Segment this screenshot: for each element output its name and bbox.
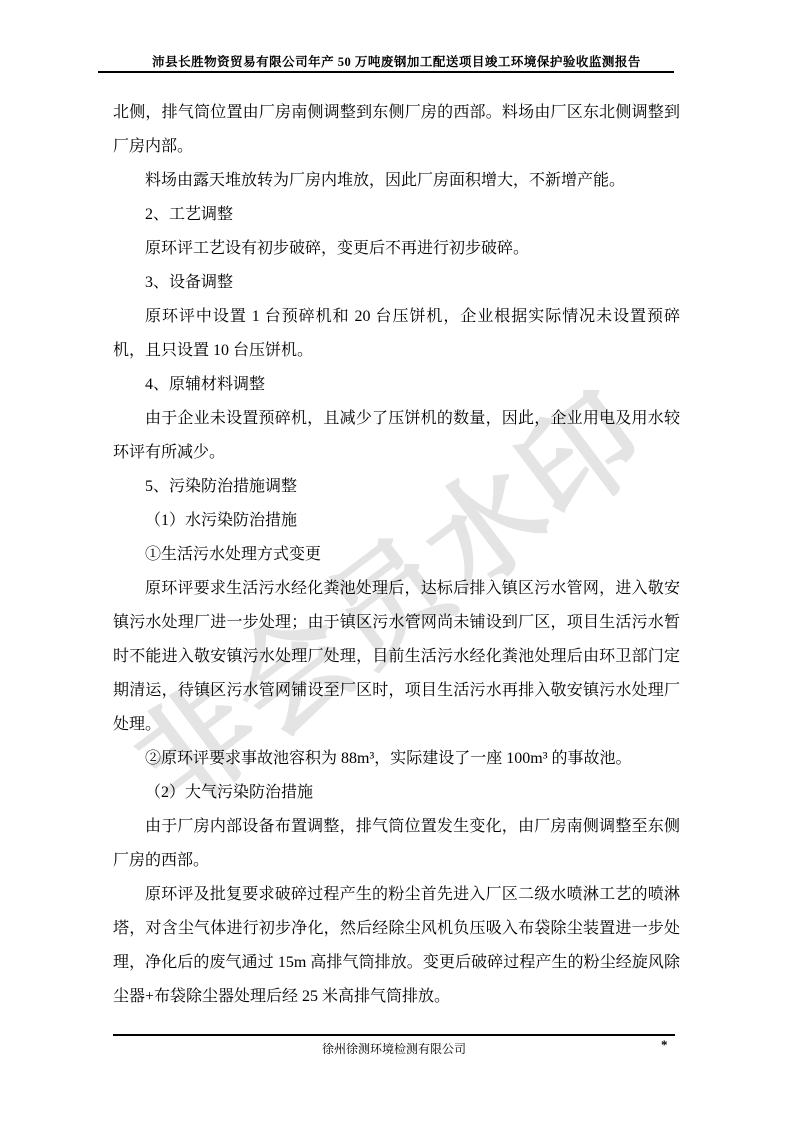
body-paragraph: 原环评中设置 1 台预碎机和 20 台压饼机，企业根据实际情况未设置预碎机，且只… <box>113 300 680 368</box>
body-paragraph: 3、设备调整 <box>113 266 680 300</box>
body-paragraph: 由于厂房内部设备布置调整，排气筒位置发生变化，由厂房南侧调整至东侧厂房的西部。 <box>113 810 680 878</box>
body-paragraph: 原环评及批复要求破碎过程产生的粉尘首先进入厂区二级水喷淋工艺的喷淋塔，对含尘气体… <box>113 878 680 1014</box>
body-paragraph: 北侧，排气筒位置由厂房南侧调整到东侧厂房的西部。料场由厂区东北侧调整到厂房内部。 <box>113 96 680 164</box>
document-page: 非会员水印 沛县长胜物资贸易有限公司年产 50 万吨废钢加工配送项目竣工环境保护… <box>0 0 793 1122</box>
body-paragraph: （2）大气污染防治措施 <box>113 776 680 810</box>
body-paragraph: 原环评工艺设有初步破碎，变更后不再进行初步破碎。 <box>113 232 680 266</box>
body-paragraph: 5、污染防治措施调整 <box>113 470 680 504</box>
footer-page-marker: * <box>661 1037 668 1053</box>
body-paragraph: ②原环评要求事故池容积为 88m³，实际建设了一座 100m³ 的事故池。 <box>113 742 680 776</box>
body-paragraph: （1）水污染防治措施 <box>113 504 680 538</box>
footer-rule <box>113 1034 675 1036</box>
footer-company-name: 徐州徐测环境检测有限公司 <box>113 1040 675 1057</box>
body-paragraph: ①生活污水处理方式变更 <box>113 538 680 572</box>
body-paragraph: 料场由露天堆放转为厂房内堆放，因此厂房面积增大，不新增产能。 <box>113 164 680 198</box>
body-paragraph: 由于企业未设置预碎机，且减少了压饼机的数量，因此，企业用电及用水较环评有所减少。 <box>113 402 680 470</box>
page-header-title: 沛县长胜物资贸易有限公司年产 50 万吨废钢加工配送项目竣工环境保护验收监测报告 <box>0 52 793 70</box>
document-body: 北侧，排气筒位置由厂房南侧调整到东侧厂房的西部。料场由厂区东北侧调整到厂房内部。… <box>113 96 680 1014</box>
body-paragraph: 4、原辅材料调整 <box>113 368 680 402</box>
body-paragraph: 2、工艺调整 <box>113 198 680 232</box>
body-paragraph: 原环评要求生活污水经化粪池处理后，达标后排入镇区污水管网，进入敬安镇污水处理厂进… <box>113 572 680 742</box>
header-rule <box>98 71 674 73</box>
